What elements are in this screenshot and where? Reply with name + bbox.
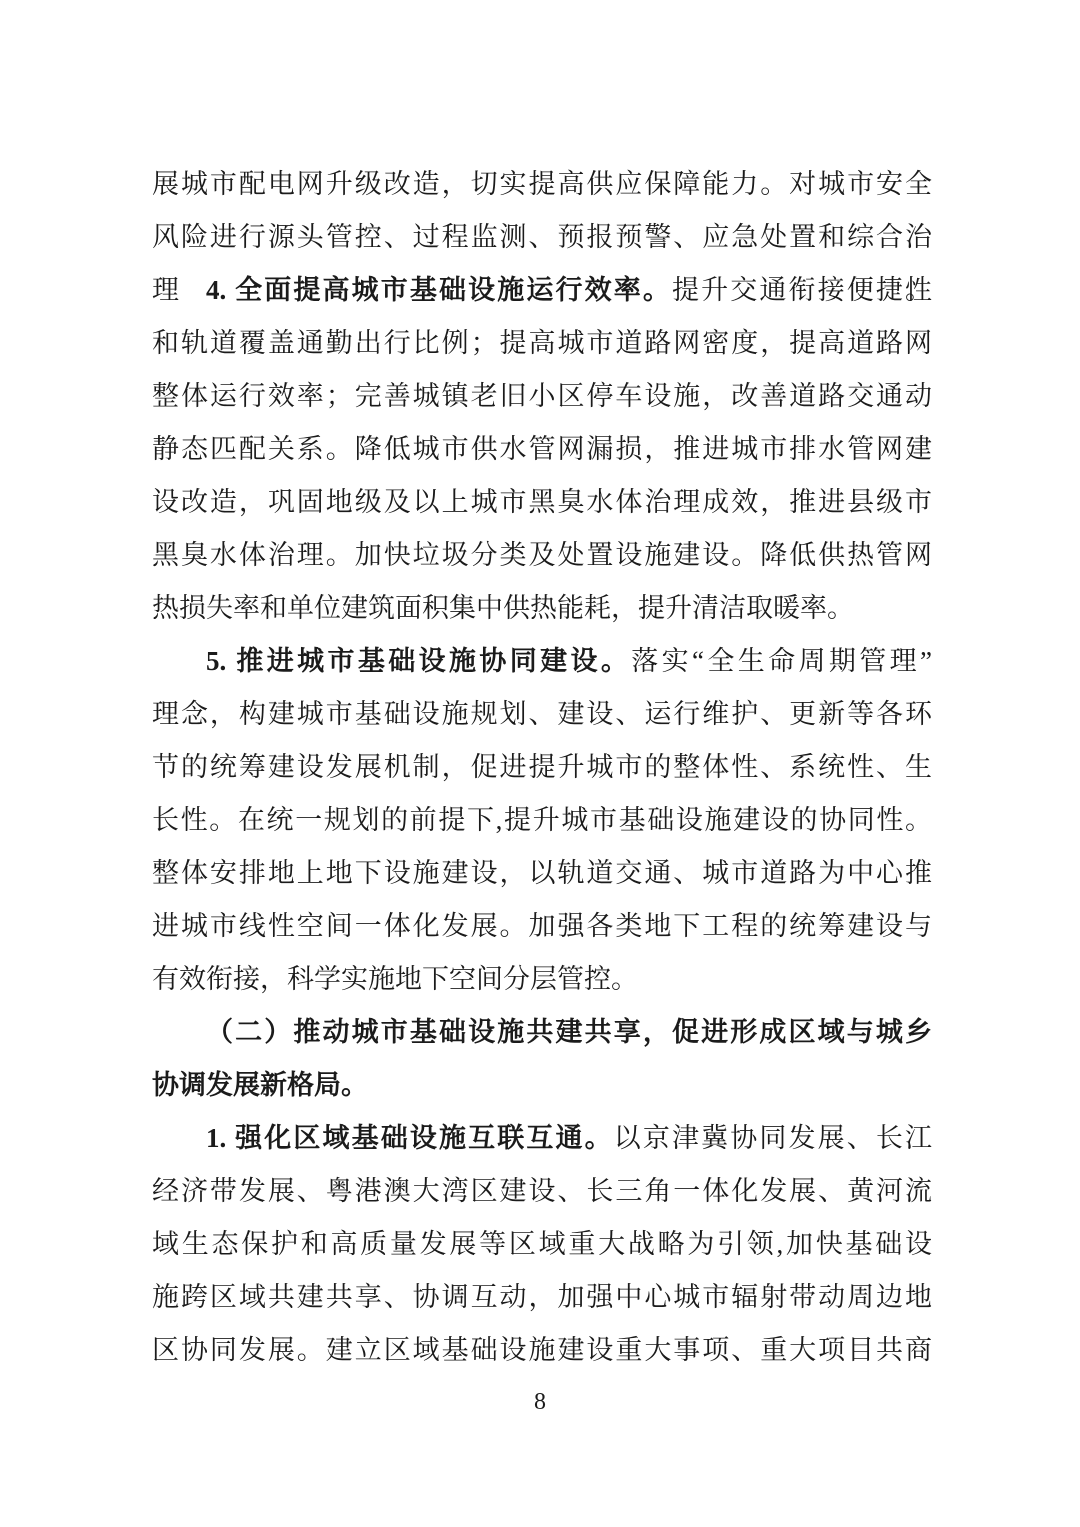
text-line: 1. 强化区域基础设施互联互通。以京津冀协同发展、长江 bbox=[152, 1112, 932, 1165]
line-regular-segment: 落实“全生命周期管理” bbox=[631, 646, 932, 676]
line-regular-segment: 黑臭水体治理。加快垃圾分类及处置设施建设。降低供热管网 bbox=[152, 540, 932, 570]
line-bold-segment: （二）推动城市基础设施共建共享，促进形成区域与城乡 bbox=[206, 1017, 932, 1047]
text-line: 理念，构建城市基础设施规划、建设、运行维护、更新等各环 bbox=[152, 688, 932, 741]
line-regular-segment: 长性。在统一规划的前提下,提升城市基础设施建设的协同性。 bbox=[152, 805, 932, 835]
line-regular-segment: 整体运行效率；完善城镇老旧小区停车设施，改善道路交通动 bbox=[152, 381, 932, 411]
text-line: 域生态保护和高质量发展等区域重大战略为引领,加快基础设 bbox=[152, 1218, 932, 1271]
line-regular-segment: 展城市配电网升级改造，切实提高供应保障能力。对城市安全 bbox=[152, 169, 932, 199]
text-line: 区协同发展。建立区域基础设施建设重大事项、重大项目共商 bbox=[152, 1324, 932, 1377]
line-regular-segment: 整体安排地上地下设施建设，以轨道交通、城市道路为中心推 bbox=[152, 858, 932, 888]
line-regular-segment: 以京津冀协同发展、长江 bbox=[614, 1123, 932, 1153]
line-bold-segment: 协调发展新格局。 bbox=[152, 1070, 368, 1100]
line-regular-segment: 有效衔接，科学实施地下空间分层管控。 bbox=[152, 964, 638, 994]
line-regular-segment: 和轨道覆盖通勤出行比例；提高城市道路网密度，提高道路网 bbox=[152, 328, 932, 358]
text-line: 热损失率和单位建筑面积集中供热能耗，提升清洁取暖率。 bbox=[152, 582, 932, 635]
line-regular-segment: 施跨区域共建共享、协调互动，加强中心城市辐射带动周边地 bbox=[152, 1282, 932, 1312]
text-line: 节的统筹建设发展机制，促进提升城市的整体性、系统性、生 bbox=[152, 741, 932, 794]
line-regular-segment: 经济带发展、粤港澳大湾区建设、长三角一体化发展、黄河流 bbox=[152, 1176, 932, 1206]
text-line: 风险进行源头管控、过程监测、预报预警、应急处置和综合治理。 bbox=[152, 211, 932, 264]
line-regular-segment: 域生态保护和高质量发展等区域重大战略为引领,加快基础设 bbox=[152, 1229, 932, 1259]
line-regular-segment: 区协同发展。建立区域基础设施建设重大事项、重大项目共商 bbox=[152, 1335, 932, 1365]
line-regular-segment: 静态匹配关系。降低城市供水管网漏损，推进城市排水管网建 bbox=[152, 434, 932, 464]
text-line: 4. 全面提高城市基础设施运行效率。提升交通衔接便捷性 bbox=[152, 264, 932, 317]
line-regular-segment: 节的统筹建设发展机制，促进提升城市的整体性、系统性、生 bbox=[152, 752, 932, 782]
text-line: 展城市配电网升级改造，切实提高供应保障能力。对城市安全 bbox=[152, 158, 932, 211]
text-line: 5. 推进城市基础设施协同建设。落实“全生命周期管理” bbox=[152, 635, 932, 688]
text-line: 进城市线性空间一体化发展。加强各类地下工程的统筹建设与 bbox=[152, 900, 932, 953]
text-line: 整体运行效率；完善城镇老旧小区停车设施，改善道路交通动 bbox=[152, 370, 932, 423]
text-line: 和轨道覆盖通勤出行比例；提高城市道路网密度，提高道路网 bbox=[152, 317, 932, 370]
text-line: 静态匹配关系。降低城市供水管网漏损，推进城市排水管网建 bbox=[152, 423, 932, 476]
line-bold-segment: 1. 强化区域基础设施互联互通。 bbox=[206, 1123, 614, 1153]
page-footer: 8 bbox=[0, 1388, 1080, 1416]
text-line: 施跨区域共建共享、协调互动，加强中心城市辐射带动周边地 bbox=[152, 1271, 932, 1324]
text-line: （二）推动城市基础设施共建共享，促进形成区域与城乡 bbox=[152, 1006, 932, 1059]
text-line: 黑臭水体治理。加快垃圾分类及处置设施建设。降低供热管网 bbox=[152, 529, 932, 582]
line-bold-segment: 4. 全面提高城市基础设施运行效率。 bbox=[206, 275, 672, 305]
line-regular-segment: 热损失率和单位建筑面积集中供热能耗，提升清洁取暖率。 bbox=[152, 593, 854, 623]
text-line: 有效衔接，科学实施地下空间分层管控。 bbox=[152, 953, 932, 1006]
text-line: 设改造，巩固地级及以上城市黑臭水体治理成效，推进县级市 bbox=[152, 476, 932, 529]
text-line: 协调发展新格局。 bbox=[152, 1059, 932, 1112]
document-page: 展城市配电网升级改造，切实提高供应保障能力。对城市安全风险进行源头管控、过程监测… bbox=[0, 0, 1080, 1527]
document-text-block: 展城市配电网升级改造，切实提高供应保障能力。对城市安全风险进行源头管控、过程监测… bbox=[152, 158, 932, 1377]
page-number: 8 bbox=[534, 1389, 546, 1415]
text-line: 整体安排地上地下设施建设，以轨道交通、城市道路为中心推 bbox=[152, 847, 932, 900]
line-regular-segment: 设改造，巩固地级及以上城市黑臭水体治理成效，推进县级市 bbox=[152, 487, 932, 517]
line-regular-segment: 理念，构建城市基础设施规划、建设、运行维护、更新等各环 bbox=[152, 699, 932, 729]
text-line: 经济带发展、粤港澳大湾区建设、长三角一体化发展、黄河流 bbox=[152, 1165, 932, 1218]
text-line: 长性。在统一规划的前提下,提升城市基础设施建设的协同性。 bbox=[152, 794, 932, 847]
line-regular-segment: 提升交通衔接便捷性 bbox=[672, 275, 932, 305]
line-bold-segment: 5. 推进城市基础设施协同建设。 bbox=[206, 646, 631, 676]
line-regular-segment: 进城市线性空间一体化发展。加强各类地下工程的统筹建设与 bbox=[152, 911, 932, 941]
